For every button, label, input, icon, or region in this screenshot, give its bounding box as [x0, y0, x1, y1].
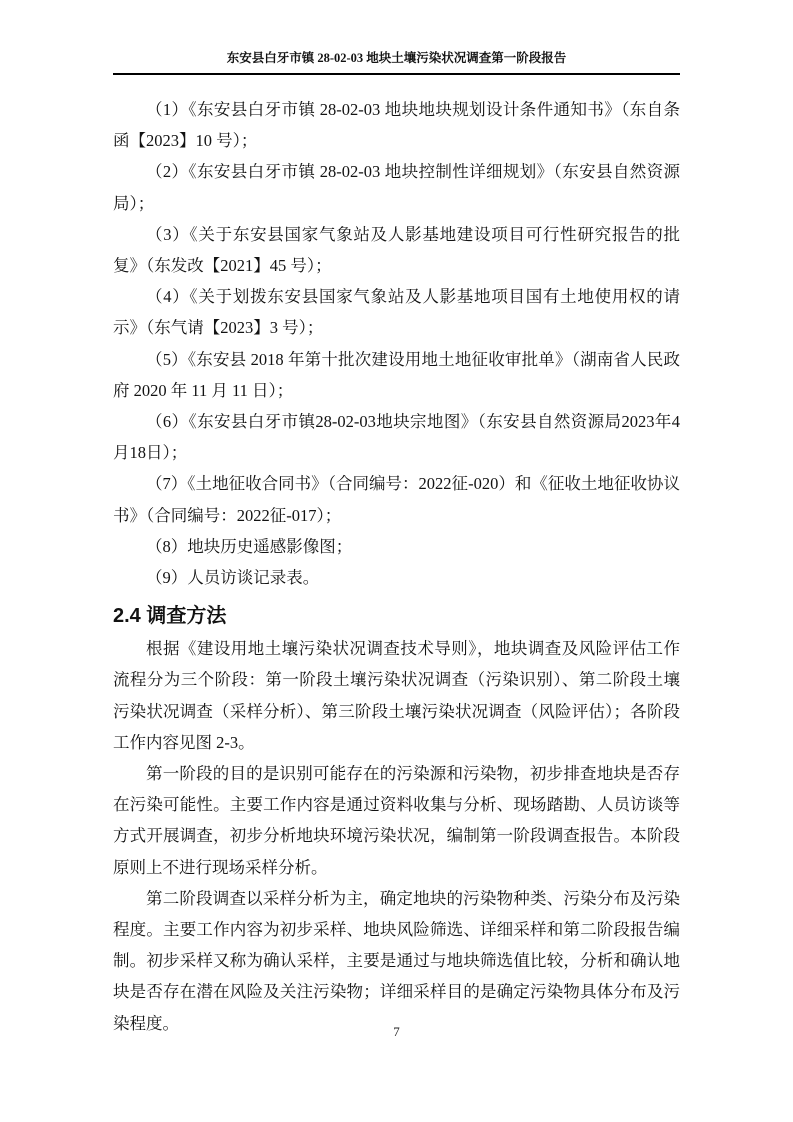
paragraph-1: 根据《建设用地土壤污染状况调查技术导则》，地块调查及风险评估工作流程分为三个阶段… — [113, 633, 680, 758]
running-head-title: 东安县白牙市镇 28-02-03 地块土壤污染状况调查第一阶段报告 — [113, 50, 680, 73]
list-item-5: （5）《东安县 2018 年第十批次建设用地土地征收审批单》（湖南省人民政府 2… — [113, 344, 680, 406]
list-item-2: （2）《东安县白牙市镇 28-02-03 地块控制性详细规划》（东安县自然资源局… — [113, 156, 680, 218]
list-item-3: （3）《关于东安县国家气象站及人影基地建设项目可行性研究报告的批复》（东发改【2… — [113, 219, 680, 281]
list-item-8: （8）地块历史遥感影像图； — [113, 531, 680, 562]
list-item-4: （4）《关于划拨东安县国家气象站及人影基地项目国有土地使用权的请示》（东气请【2… — [113, 281, 680, 343]
paragraph-2: 第一阶段的目的是识别可能存在的污染源和污染物，初步排查地块是否存在污染可能性。主… — [113, 758, 680, 883]
list-item-6: （6）《东安县白牙市镇28-02-03地块宗地图》（东安县自然资源局2023年4… — [113, 406, 680, 468]
page-footer: 7 — [0, 1024, 793, 1040]
page-number: 7 — [393, 1024, 400, 1039]
section-heading: 2.4 调查方法 — [113, 603, 680, 629]
list-item-9: （9）人员访谈记录表。 — [113, 562, 680, 593]
page-header: 东安县白牙市镇 28-02-03 地块土壤污染状况调查第一阶段报告 — [113, 0, 680, 75]
list-item-1: （1）《东安县白牙市镇 28-02-03 地块地块规划设计条件通知书》（东自条函… — [113, 94, 680, 156]
document-body: （1）《东安县白牙市镇 28-02-03 地块地块规划设计条件通知书》（东自条函… — [113, 75, 680, 1039]
paragraph-3: 第二阶段调查以采样分析为主，确定地块的污染物种类、污染分布及污染程度。主要工作内… — [113, 883, 680, 1039]
list-item-7: （7）《土地征收合同书》（合同编号：2022征-020）和《征收土地征收协议书》… — [113, 468, 680, 530]
document-page: 东安县白牙市镇 28-02-03 地块土壤污染状况调查第一阶段报告 （1）《东安… — [0, 0, 793, 1122]
